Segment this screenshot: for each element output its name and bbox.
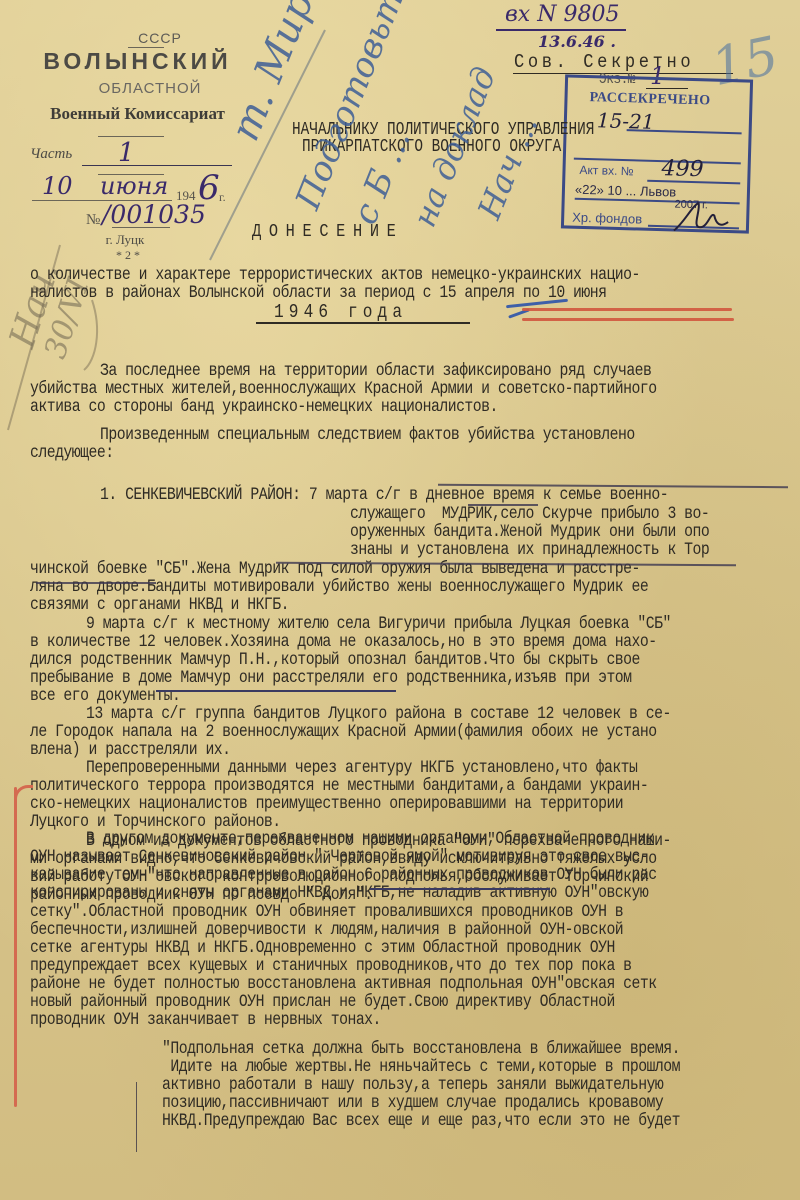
year-underline [256,322,470,324]
quote-line: Идите на любые жертвы.Не няньчайтесь с т… [162,1058,680,1078]
body-line: проводник ОУН заканчивает в нервных тона… [30,1011,381,1031]
body-line: ОУН называет Сенкевичовский район " Черт… [30,848,648,868]
fund-label: Хр. фондов [572,210,642,227]
secrecy-label: Сов. Секретно [514,52,694,72]
incoming-number: вх N 9805 [505,2,619,27]
body-line: пребывание в доме Мамчур они расстреляли… [30,669,632,689]
red-underline [522,308,732,311]
body-line: служащего МУДРИК,село Скурче прибыло 3 в… [350,505,709,525]
declassified-stamp: РАССЕКРЕЧЕНО 15-21 Акт вх. № 499 «22» 10… [561,74,753,233]
stamp-rule [98,136,164,137]
red-underline [522,318,734,321]
document-type: ДОНЕСЕНИЕ [252,222,403,242]
body-line: 1. СЕНКЕВИЧЕВСКИЙ РАЙОН: 7 марта с/г в д… [100,486,668,506]
signature-icon [670,196,733,238]
part-label: Часть [30,146,72,163]
act-label: Акт вх. № [579,163,634,179]
pencil-margin-line [136,1082,137,1152]
incoming-underline [496,29,626,31]
body-line: дился родственник Мамчур П.Н.,который оп… [30,651,640,671]
body-line: За последнее время на территории области… [100,362,651,382]
number-label: № [86,212,100,229]
body-line: Перепроверенными данными через агентуру … [86,759,637,779]
quote-line: позицию,пассивничают или в худшем случае… [162,1094,663,1114]
quote-line: активно работали в нашу пользу,а теперь … [162,1076,663,1096]
number-underline [112,227,170,228]
declassified-title: РАССЕКРЕЧЕНО [589,90,711,109]
body-line: актива со стороны банд украинско-немецки… [30,398,498,418]
body-line: В другом документе,перехваченном нашими … [86,830,654,850]
body-line: политического террора производятся не ме… [30,777,648,797]
body-line: связями с органами НКВД и НКГБ. [30,596,289,616]
body-line: ляна во дворе.Бандиты мотивировали убийс… [30,578,648,598]
part-value: 1 [118,138,135,168]
body-line: новый районный проводник ОУН прислан не … [30,993,615,1013]
body-line: влена) и расстреляли их. [30,741,231,761]
body-line: конспирированы и сняты органами НКВД и Н… [30,884,648,904]
body-line: районе не будет полностью восстановлена … [30,975,657,995]
body-line: убийства местных жителей,военнослужащих … [30,380,657,400]
body-line: следующее: [30,444,114,464]
body-line: беспечности,излишней доверчивости к людя… [30,921,623,941]
incoming-date: 13.6.46 . [538,32,616,51]
body-line: ле Городок напала на 2 военнослужащих Кр… [30,723,657,743]
body-line: предупреждает всех кущевых и станичных п… [30,957,632,977]
underline-mark [156,690,396,692]
body-line: Произведенным специальным следствием фак… [100,426,635,446]
body-line: ско-немецких националистов преимуществен… [30,795,623,815]
date-day: 10 [42,172,73,200]
act-date-city: «22» 10 ... Львов [575,182,677,200]
body-line: знаны и установлена их принадлежность к … [350,541,709,561]
red-margin-bracket [14,787,17,1107]
body-line: оруженных бандита.Женой Мудрик они были … [350,523,709,543]
act-number: 499 [661,156,704,182]
body-line: в количестве 12 человек.Хозяина дома не … [30,633,657,653]
underline-mark [370,888,550,890]
subject-line-1: о количестве и характере террористически… [30,266,640,286]
quote-line: "Подпольная сетка должна быть восстановл… [162,1040,680,1060]
subject-year: 1946 года [274,302,407,322]
body-line: казывание тем-"что направленные в район … [30,866,657,886]
quote-line: НКВД.Предупреждаю Вас всех еще и еще раз… [162,1112,680,1132]
date-month: июня [100,172,168,200]
body-line: 13 марта с/г группа бандитов Луцкого рай… [86,705,671,725]
strikeout-mark [36,582,156,584]
body-line: сетке агентуры НКВД и НКГБ.Одновременно … [30,939,615,959]
body-line: 9 марта с/г к местному жителю села Вигур… [86,615,671,635]
body-line: сетку".Областной проводник ОУН обвиняет … [30,903,623,923]
strikeout-mark [468,504,538,506]
